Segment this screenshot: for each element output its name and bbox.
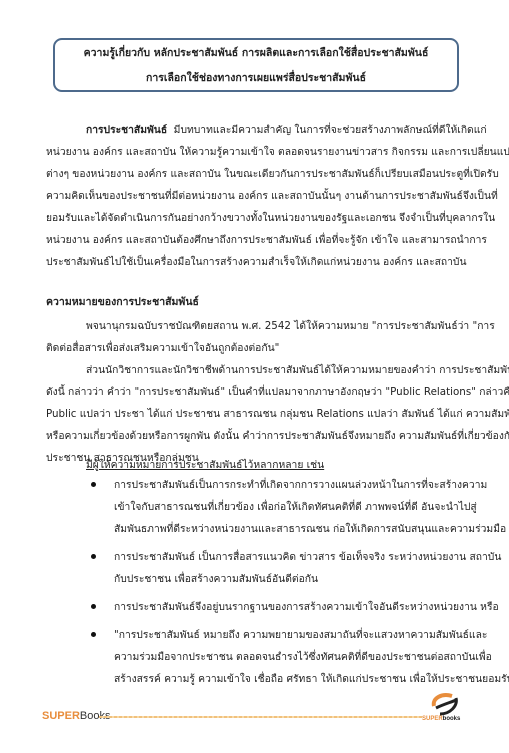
bullet-icon	[91, 632, 96, 637]
bullet-icon	[91, 554, 96, 559]
definition-paragraph: พจนานุกรมฉบับราชบัณฑิตยสถาน พ.ศ. 2542 ได…	[46, 315, 476, 469]
list-item: การประชาสัมพันธ์จึงอยู่บนรากฐานของการสร้…	[86, 596, 486, 618]
list-item: การประชาสัมพันธ์ เป็นการสื่อสารแนวคิด ข่…	[86, 546, 486, 590]
swoosh-icon	[422, 692, 464, 718]
definition-list: การประชาสัมพันธ์เป็นการกระทำที่เกิดจากกา…	[86, 474, 486, 690]
superbooks-logo-icon: SUPERbooks	[422, 692, 464, 728]
title-line-2: การเลือกใช้ช่องทางการเผยแพร่สื่อประชาสัม…	[55, 66, 457, 91]
intro-lead: การประชาสัมพันธ์	[86, 124, 167, 136]
title-box: ความรู้เกี่ยวกับ หลักประชาสัมพันธ์ การผล…	[53, 38, 459, 92]
list-lead: มีผู้ให้ความหมายการประชาสัมพันธ์ไว้หลากห…	[86, 456, 324, 473]
list-item: "การประชาสัมพันธ์ หมายถึง ความพยายามของส…	[86, 624, 486, 690]
footer-divider	[99, 716, 422, 718]
section-heading: ความหมายของการประชาสัมพันธ์	[46, 293, 199, 310]
bullet-icon	[91, 604, 96, 609]
intro-paragraph: การประชาสัมพันธ์ มีบทบาทและมีความสำคัญ ใ…	[46, 119, 476, 273]
bullet-icon	[91, 482, 96, 487]
list-item: การประชาสัมพันธ์เป็นการกระทำที่เกิดจากกา…	[86, 474, 486, 540]
title-line-1: ความรู้เกี่ยวกับ หลักประชาสัมพันธ์ การผล…	[55, 41, 457, 66]
